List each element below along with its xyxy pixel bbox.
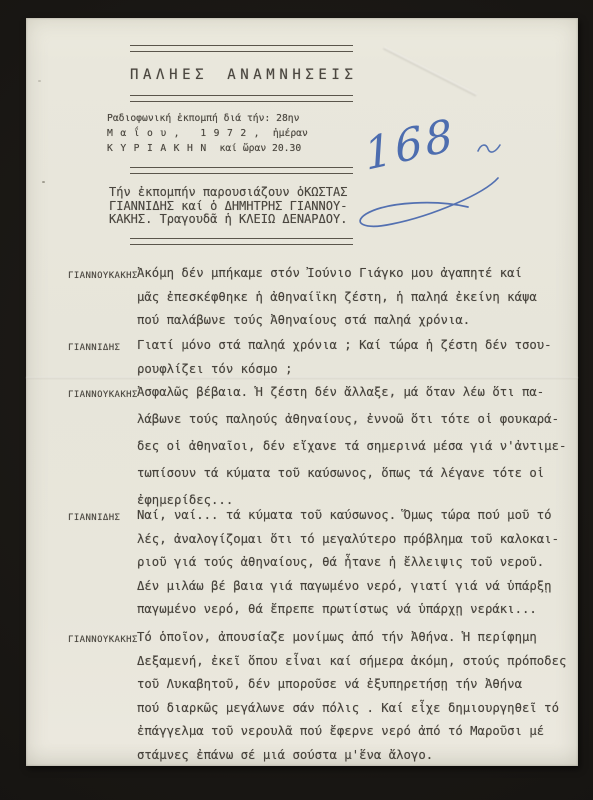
- dialogue-paragraph: ΓΙΑΝΝΟΥΚΑΚΗΣ Ἀσφαλῶς βέβαια. Ἡ ζέστη δέν…: [26, 379, 578, 514]
- paper-speck: [42, 181, 45, 183]
- dialogue-line: μᾶς ἐπεσκέφθηκε ἡ ἀθηναίϊκη ζέστη, ἡ παλ…: [137, 286, 578, 310]
- dialogue-lines: Γιατί μόνο στά παληά χρόνια ; Καί τώρα ἡ…: [137, 334, 578, 381]
- dialogue-lines: Ἀκόμη δέν μπήκαμε στόν Ἰούνιο Γιάγκο μου…: [137, 262, 578, 333]
- presenters-line-1: Τήν ἐκπομπήν παρουσιάζουν ὁΚΩΣΤΑΣ: [109, 186, 347, 200]
- dialogue-paragraph: ΓΙΑΝΝΙΔΗΣ Ναί, ναί... τά κύματα τοῦ καύσ…: [26, 504, 578, 622]
- speaker-label: ΓΙΑΝΝΙΔΗΣ: [68, 507, 120, 531]
- dialogue-line: Δεξαμενή, ἐκεῖ ὅπου εἶναι καί σήμερα ἀκό…: [137, 650, 578, 674]
- scanned-document-screenshot: { "colors": { "background": "#1b1815", "…: [0, 0, 593, 800]
- dialogue-paragraph: ΓΙΑΝΝΟΥΚΑΚΗΣ Ἀκόμη δέν μπήκαμε στόν Ἰούν…: [26, 262, 578, 333]
- dialogue-line: ἐπάγγελμα τοῦ νερουλᾶ πού ἔφερνε νερό ἀπ…: [137, 720, 578, 744]
- dialogue-line: Γιατί μόνο στά παληά χρόνια ; Καί τώρα ἡ…: [137, 334, 578, 358]
- dialogue-line: ρουφλίζει τόν κόσμο ;: [137, 358, 578, 382]
- dialogue-line: Δέν μιλάω βέ βαια γιά παγωμένο νερό, για…: [137, 575, 578, 599]
- paper-speck: [38, 80, 41, 82]
- presenters-block: Τήν ἐκπομπήν παρουσιάζουν ὁΚΩΣΤΑΣ ΓΙΑΝΝΙ…: [109, 186, 347, 227]
- broadcast-date-line-2: Μαΐου, 1972, ἡμέραν: [107, 126, 308, 141]
- broadcast-time: καί ὥραν 20.30: [214, 143, 302, 154]
- presenters-line-3: ΚΑΚΗΣ. Τραγουδᾶ ἡ ΚΛΕΙΩ ΔΕΝΑΡΔΟΥ.: [109, 213, 347, 227]
- presenters-line-2: ΓΙΑΝΝΙΔΗΣ καί ὁ ΔΗΜΗΤΡΗΣ ΓΙΑΝΝΟΥ-: [109, 200, 347, 214]
- dialogue-line: τωπίσουν τά κύματα τοῦ καύσωνος, ὅπως τά…: [137, 460, 578, 487]
- pen-superscript-mark: [478, 145, 500, 152]
- pen-flourish: [326, 118, 566, 238]
- dialogue-line: Τό ὁποῖον, ἀπουσίαζε μονίμως ἀπό τήν Ἀθή…: [137, 626, 578, 650]
- typewritten-page: ΠΑΛΗΕΣ ΑΝΑΜΝΗΣΕΙΣ Ραδιοφωνική ἐκπομπή δι…: [26, 18, 578, 766]
- dialogue-line: Ναί, ναί... τά κύματα τοῦ καύσωνος. Ὅμως…: [137, 504, 578, 528]
- broadcast-month-year: Μαΐου, 1972,: [107, 128, 267, 139]
- dialogue-lines: Ναί, ναί... τά κύματα τοῦ καύσωνος. Ὅμως…: [137, 504, 578, 622]
- dialogue-line: παγωμένο νερό, θά ἔπρεπε πρωτίστως νά ὑπ…: [137, 598, 578, 622]
- divider-rule-below-presenters: [130, 238, 353, 245]
- broadcast-date-block: Ραδιοφωνική ἐκπομπή διά τήν: 28ην Μαΐου,…: [107, 111, 308, 156]
- broadcast-day-word: ἡμέραν: [267, 128, 308, 139]
- page-title: ΠΑΛΗΕΣ ΑΝΑΜΝΗΣΕΙΣ: [130, 65, 358, 85]
- paper-crease-diagonal: [383, 47, 477, 97]
- broadcast-date-line-3: ΚΥΡΙΑΚΗΝ καί ὥραν 20.30: [107, 141, 308, 156]
- pen-underline-loop: [360, 178, 498, 226]
- broadcast-date-line-1: Ραδιοφωνική ἐκπομπή διά τήν: 28ην: [107, 111, 308, 126]
- speaker-label: ΓΙΑΝΝΟΥΚΑΚΗΣ: [68, 382, 138, 409]
- dialogue-lines: Τό ὁποῖον, ἀπουσίαζε μονίμως ἀπό τήν Ἀθή…: [137, 626, 578, 767]
- dialogue-line: Ἀκόμη δέν μπήκαμε στόν Ἰούνιο Γιάγκο μου…: [137, 262, 578, 286]
- divider-rule-top: [130, 45, 353, 52]
- dialogue-line: ριοῦ γιά τούς ἀθηναίους, θά ἦτανε ἡ ἔλλε…: [137, 551, 578, 575]
- dialogue-paragraph: ΓΙΑΝΝΙΔΗΣ Γιατί μόνο στά παληά χρόνια ; …: [26, 334, 578, 381]
- broadcast-weekday: ΚΥΡΙΑΚΗΝ: [107, 143, 214, 154]
- dialogue-lines: Ἀσφαλῶς βέβαια. Ἡ ζέστη δέν ἄλλαξε, μά ὅ…: [137, 379, 578, 514]
- speaker-label: ΓΙΑΝΝΟΥΚΑΚΗΣ: [68, 629, 138, 653]
- dialogue-line: στάμνες ἐπάνω σέ μιά σούστα μ'ἕνα ἄλογο.: [137, 744, 578, 768]
- dialogue-line: Ἀσφαλῶς βέβαια. Ἡ ζέστη δέν ἄλλαξε, μά ὅ…: [137, 379, 578, 406]
- dialogue-line: δες οἱ ἀθηναῖοι, δέν εἴχανε τά σημερινά …: [137, 433, 578, 460]
- dialogue-paragraph: ΓΙΑΝΝΟΥΚΑΚΗΣ Τό ὁποῖον, ἀπουσίαζε μονίμω…: [26, 626, 578, 767]
- speaker-label: ΓΙΑΝΝΟΥΚΑΚΗΣ: [68, 265, 138, 289]
- dialogue-line: πού παλάβωνε τούς Ἀθηναίους στά παληά χρ…: [137, 309, 578, 333]
- dialogue-line: τοῦ Λυκαβητοῦ, δέν μποροῦσε νά ἐξυπηρετή…: [137, 673, 578, 697]
- divider-rule-below-date: [130, 167, 353, 174]
- dialogue-line: λές, ἀναλογίζομαι ὅτι τό μεγαλύτερο πρόβ…: [137, 528, 578, 552]
- divider-rule-below-title: [130, 95, 353, 102]
- speaker-label: ΓΙΑΝΝΙΔΗΣ: [68, 337, 120, 361]
- dialogue-line: λάβωνε τούς παληούς ἀθηναίους, ἐννοῶ ὅτι…: [137, 406, 578, 433]
- dialogue-line: πού διαρκῶς μεγάλωνε σάν πόλις . Καί εἶχ…: [137, 697, 578, 721]
